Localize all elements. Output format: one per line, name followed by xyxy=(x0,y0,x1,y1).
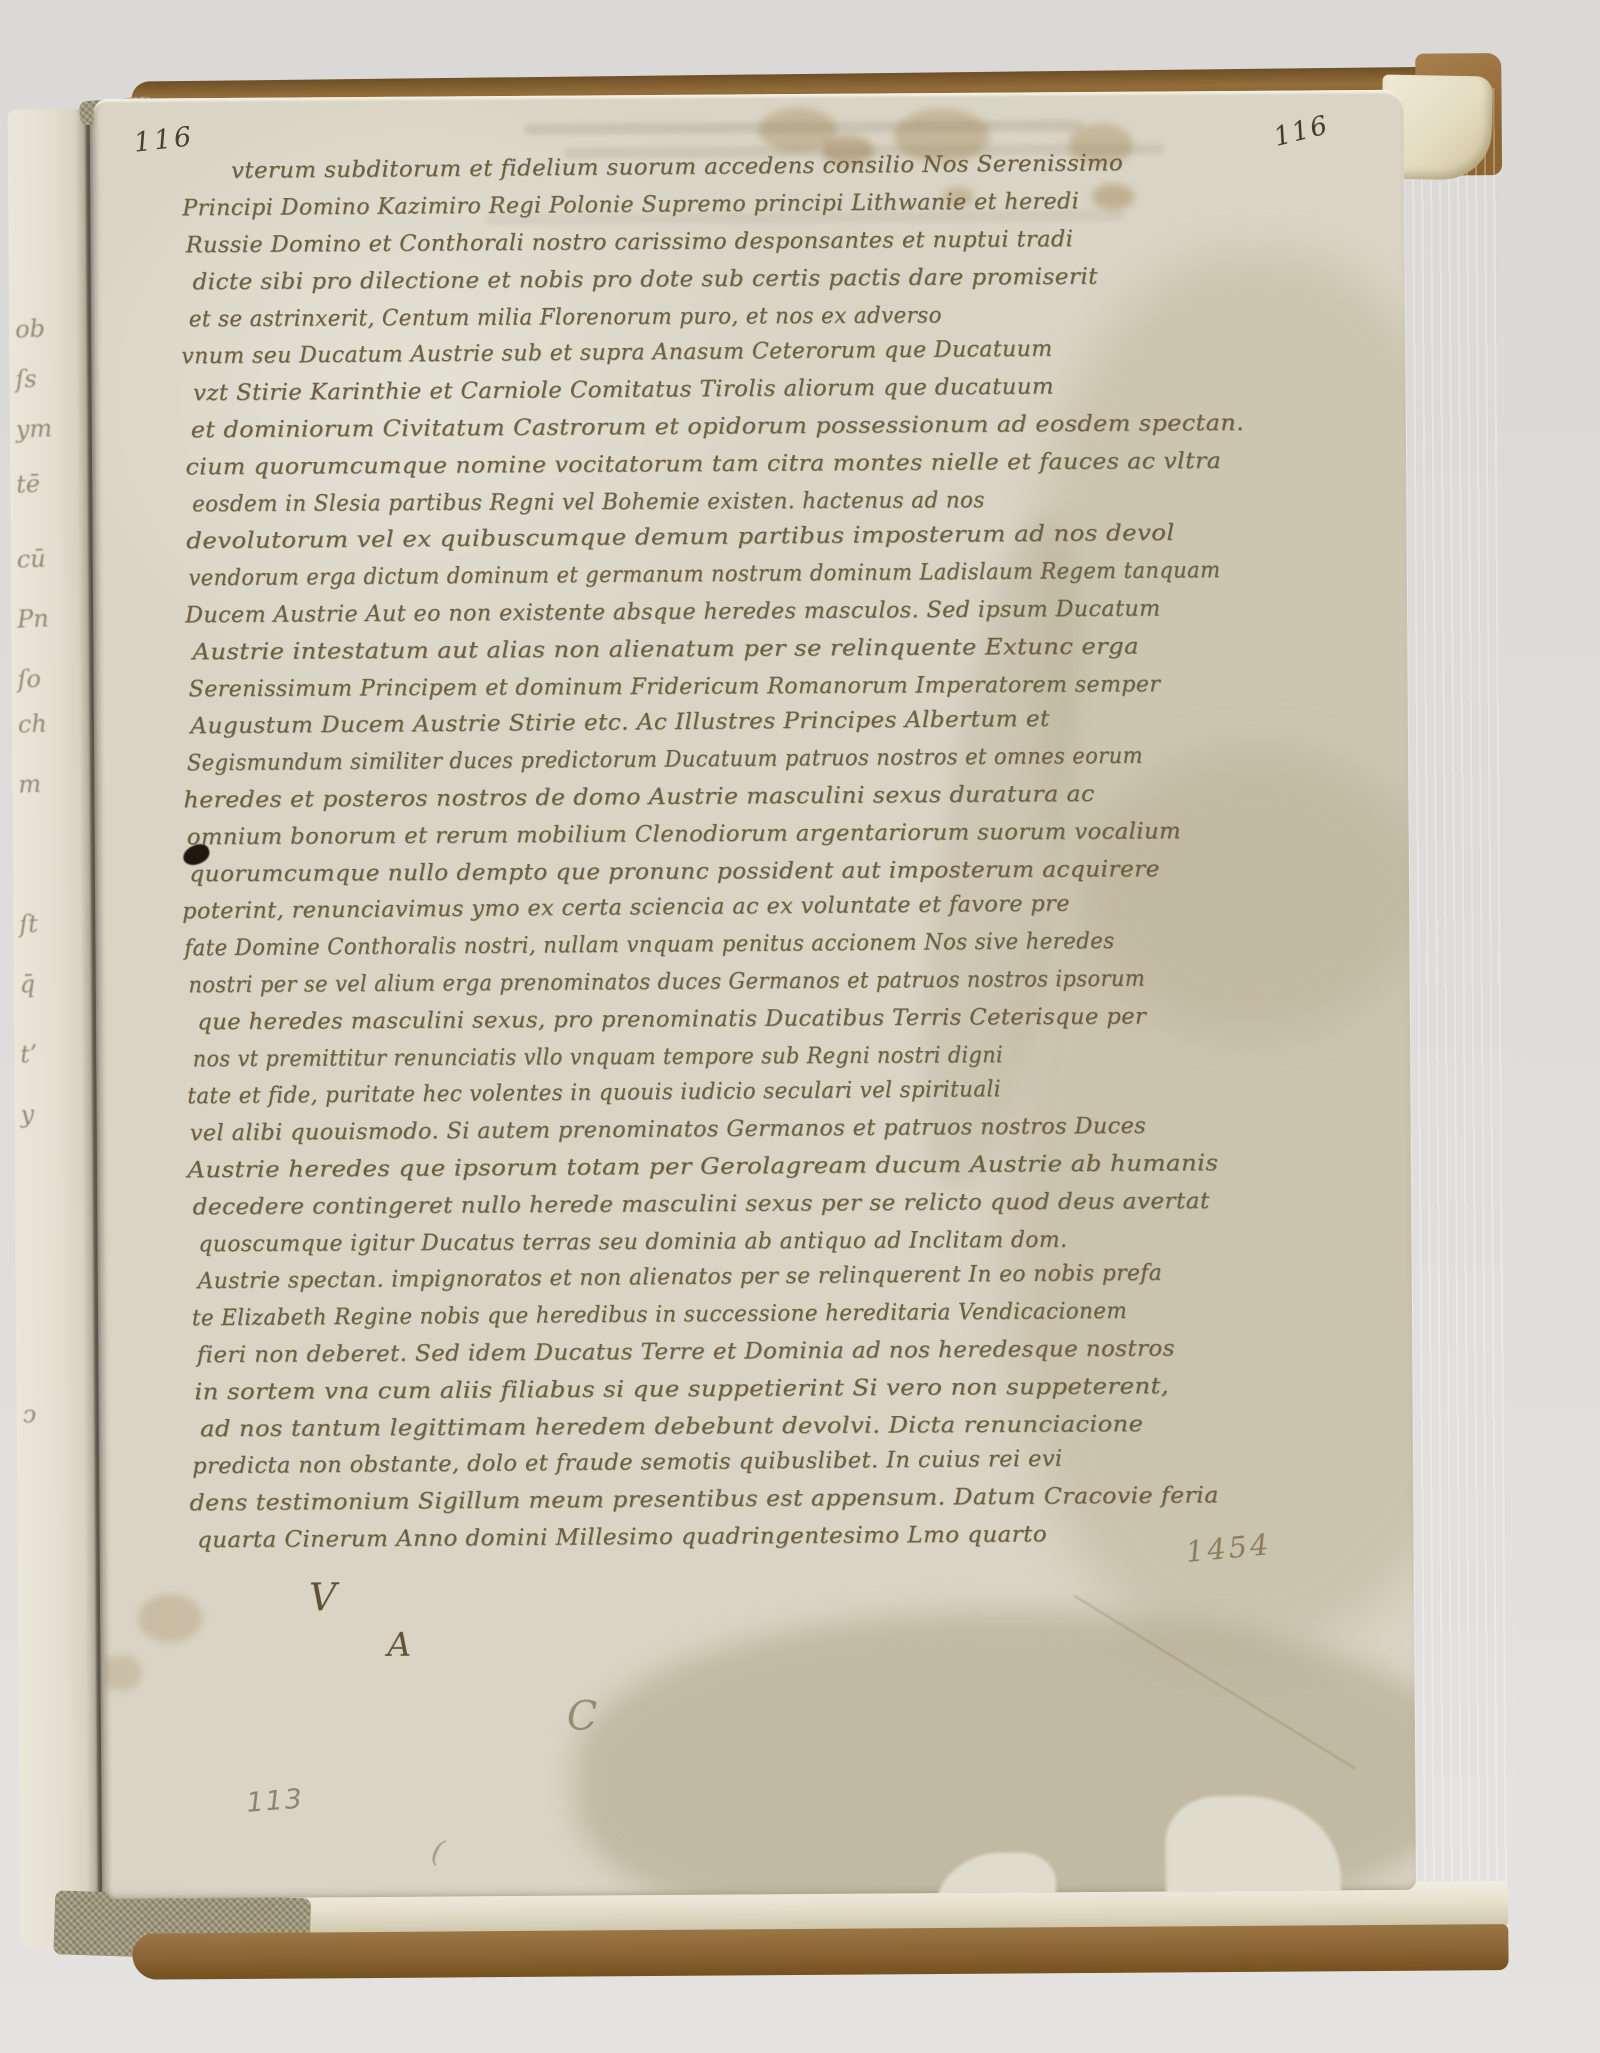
manuscript-text-block: vterum subditorum et fidelium suorum acc… xyxy=(177,147,1149,1560)
facing-page-fragment: ob xyxy=(15,313,86,344)
manuscript-line: Russie Domino et Conthorali nostro caris… xyxy=(177,220,1159,264)
manuscript-line: decedere contingeret nullo herede mascul… xyxy=(184,1183,1196,1226)
facing-page-fragment: t’ xyxy=(20,1038,91,1069)
manuscript-line: dicte sibi pro dilectione et nobis pro d… xyxy=(178,258,1188,301)
manuscript-line: Segismundum similiter duces predictorum … xyxy=(181,738,1102,782)
facing-page-fragment: ↄ xyxy=(22,1398,93,1429)
bottom-cover-leather-edge xyxy=(132,1924,1508,1980)
manuscript-line: omnium bonorum et rerum mobilium Clenodi… xyxy=(182,813,1175,856)
manuscript-page: 116 116 vterum subditorum et fidelium su… xyxy=(94,90,1417,1899)
manuscript-line: nostri per se vel alium erga prenominato… xyxy=(183,961,1101,1004)
paper-crease xyxy=(1074,1595,1356,1770)
peeled-paper-patch xyxy=(936,1852,1057,1899)
peeled-paper-patch xyxy=(1165,1795,1341,1899)
manuscript-line: te Elizabeth Regine nobis que heredibus … xyxy=(185,1293,1123,1337)
facing-page-fragment: ſs xyxy=(15,363,86,394)
manuscript-line: Ducem Austrie Aut eo non existente absqu… xyxy=(180,591,1153,635)
facing-page-fragment: ym xyxy=(15,413,86,444)
margin-mark: A xyxy=(387,1625,411,1664)
facing-page-fragment: Pn xyxy=(17,603,88,634)
manuscript-line: fate Domine Conthoralis nostri, nullam v… xyxy=(182,923,1112,967)
manuscript-line: in sortem vna cum aliis filiabus si que … xyxy=(185,1368,1252,1412)
manuscript-line: quarta Cinerum Anno domini Millesimo qua… xyxy=(186,1515,1192,1559)
manuscript-line: Austrie heredes que ipsorum totam per Ge… xyxy=(184,1145,1252,1189)
margin-mark: C xyxy=(567,1693,598,1739)
year-annotation: 1454 xyxy=(1184,1527,1273,1569)
manuscript-line: et dominiorum Civitatum Castrorum et opi… xyxy=(179,405,1224,449)
ink-show-through xyxy=(524,120,1084,135)
facing-page-fragment: ſt xyxy=(19,908,90,939)
manuscript-line: cium quorumcumque nomine vocitatorum tam… xyxy=(179,443,1212,486)
facing-page-fragment: ch xyxy=(17,708,88,739)
manuscript-line: fieri non deberet. Sed idem Ducatus Terr… xyxy=(185,1330,1188,1374)
facing-page-fragment: q̄ xyxy=(19,968,90,999)
facing-page-fragment: y xyxy=(20,1098,91,1129)
manuscript-line: vendorum erga dictum dominum et germanum… xyxy=(180,553,1101,597)
facing-page-fragment: m xyxy=(18,768,89,799)
manuscript-line: Austrie intestatum aut alias non alienat… xyxy=(180,628,1238,672)
facing-page-fragment: ſo xyxy=(17,663,88,694)
manuscript-book: obſsymtēcūPnſochmſtq̄t’yↄ xyxy=(0,0,1600,2053)
scan-background: obſsymtēcūPnſochmſtq̄t’yↄ xyxy=(0,0,1600,2053)
foxing-spot xyxy=(98,1655,142,1691)
manuscript-line: que heredes masculini sexus, pro prenomi… xyxy=(183,998,1172,1041)
margin-mark: V xyxy=(309,1575,337,1619)
facing-page-fragment: cū xyxy=(16,543,87,574)
foxing-spot xyxy=(759,108,837,153)
facing-page-fragment: tē xyxy=(16,468,87,499)
manuscript-line: heredes et posteros nostros de domo Aust… xyxy=(181,775,1212,819)
margin-mark: ( xyxy=(428,1834,447,1871)
water-stain xyxy=(574,1609,1416,1899)
folio-number-top-right: 116 xyxy=(1271,110,1332,153)
foxing-spot xyxy=(138,1594,202,1642)
archival-pencil-number: 113 xyxy=(245,1784,305,1819)
